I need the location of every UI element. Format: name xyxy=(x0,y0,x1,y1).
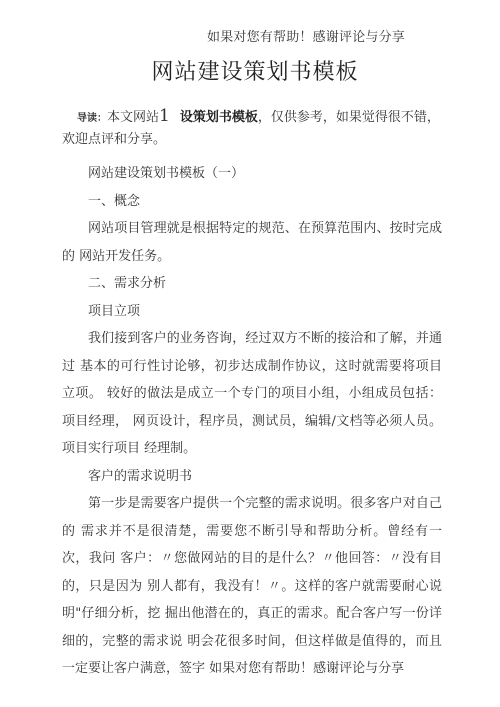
section-heading: 客户的需求说明书 xyxy=(62,463,442,491)
lead-text-before: 本文网站 xyxy=(107,110,159,125)
body-paragraph: 网站项目管理就是根据特定的规范、在预算范围内、按时完成的 网站开发任务。 xyxy=(62,215,442,270)
section-heading: 一、概念 xyxy=(62,188,442,216)
document-body: 网站建设策划书模板（一） 一、概念 网站项目管理就是根据特定的规范、在预算范围内… xyxy=(62,160,442,683)
body-paragraph: 第一步是需要客户提供一个完整的需求说明。很多客户对自己的 需求并不是很清楚，需要… xyxy=(62,490,442,683)
lead-label: 导读： xyxy=(77,113,107,124)
document-title: 网站建设策划书模板 xyxy=(0,55,500,86)
section-heading: 项目立项 xyxy=(62,298,442,326)
body-paragraph: 我们接到客户的业务咨询，经过双方不断的接洽和了解，并通过 基本的可行性讨论够，初… xyxy=(62,325,442,463)
lead-bold-text: 设策划书模板 xyxy=(180,110,258,125)
lead-number: 1 xyxy=(159,106,170,126)
header-note: 如果对您有帮助！感谢评论与分享 xyxy=(207,26,405,45)
section-heading: 二、需求分析 xyxy=(62,270,442,298)
section-heading: 网站建设策划书模板（一） xyxy=(62,160,442,188)
lead-paragraph: 导读：本文网站1设策划书模板，仅供参考，如果觉得很不错，欢迎点评和分享。 xyxy=(62,106,442,150)
